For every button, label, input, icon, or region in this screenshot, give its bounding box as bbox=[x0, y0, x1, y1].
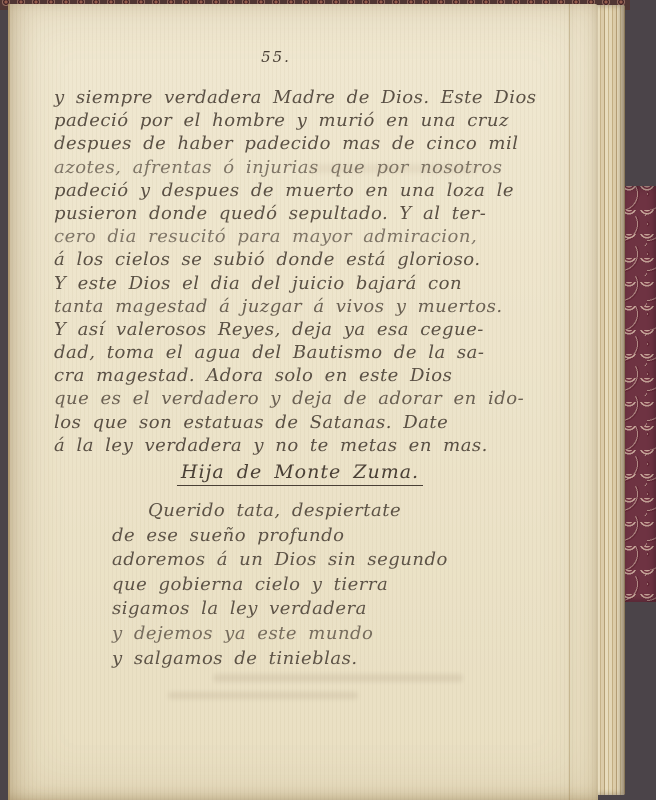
manuscript-line: despues de haber padecido mas de cinco m… bbox=[54, 132, 546, 155]
manuscript-line: padeció y despues de muerto en una loza … bbox=[54, 179, 546, 202]
poem-line: y salgamos de tinieblas. bbox=[112, 647, 542, 672]
poem-line: adoremos á un Dios sin segundo bbox=[112, 548, 542, 573]
manuscript-line: los que son estatuas de Satanas. Date bbox=[54, 411, 546, 434]
poem-line: que gobierna cielo y tierra bbox=[112, 573, 542, 598]
manuscript-line: Y así valerosos Reyes, deja ya esa cegue… bbox=[54, 318, 546, 341]
book-page-edges bbox=[597, 5, 625, 795]
manuscript-body: y siempre verdadera Madre de Dios. Este … bbox=[54, 86, 546, 457]
poem-line: de ese sueño profundo bbox=[112, 524, 542, 549]
manuscript-line: que es el verdadero y deja de adorar en … bbox=[54, 387, 546, 410]
page-number: 55. bbox=[246, 48, 306, 66]
poem-line: Querido tata, despiertate bbox=[112, 499, 542, 524]
manuscript-line: pusieron donde quedó sepultado. Y al ter… bbox=[54, 202, 546, 225]
marbled-endpaper-right bbox=[621, 186, 656, 602]
gutter-fold-line bbox=[8, 4, 10, 800]
poem: Querido tata, despiertate de ese sueño p… bbox=[112, 499, 542, 671]
section-heading: Hija de Monte Zuma. bbox=[177, 461, 423, 486]
page-fold-line bbox=[569, 4, 570, 800]
ink-bleedthrough bbox=[168, 692, 358, 699]
ink-bleedthrough bbox=[213, 674, 463, 682]
manuscript-line: cero dia resucitó para mayor admiracion, bbox=[54, 225, 546, 248]
manuscript-line: Y este Dios el dia del juicio bajará con bbox=[54, 272, 546, 295]
section-heading-row: Hija de Monte Zuma. bbox=[54, 461, 546, 486]
manuscript-page: 55. y siempre verdadera Madre de Dios. E… bbox=[8, 4, 598, 800]
manuscript-line: á la ley verdadera y no te metas en mas. bbox=[54, 434, 546, 457]
ink-bleedthrough bbox=[308, 164, 478, 173]
manuscript-line: y siempre verdadera Madre de Dios. Este … bbox=[54, 86, 546, 109]
poem-line: sigamos la ley verdadera bbox=[112, 597, 542, 622]
manuscript-line: dad, toma el agua del Bautismo de la sa- bbox=[54, 341, 546, 364]
manuscript-line: á los cielos se subió donde está glorios… bbox=[54, 248, 546, 271]
manuscript-line: padeció por el hombre y murió en una cru… bbox=[54, 109, 546, 132]
manuscript-line: cra magestad. Adora solo en este Dios bbox=[54, 364, 546, 387]
manuscript-photo: { "page": { "page_number": "55.", "body_… bbox=[0, 0, 656, 800]
manuscript-line: tanta magestad á juzgar á vivos y muerto… bbox=[54, 295, 546, 318]
poem-line: y dejemos ya este mundo bbox=[112, 622, 542, 647]
